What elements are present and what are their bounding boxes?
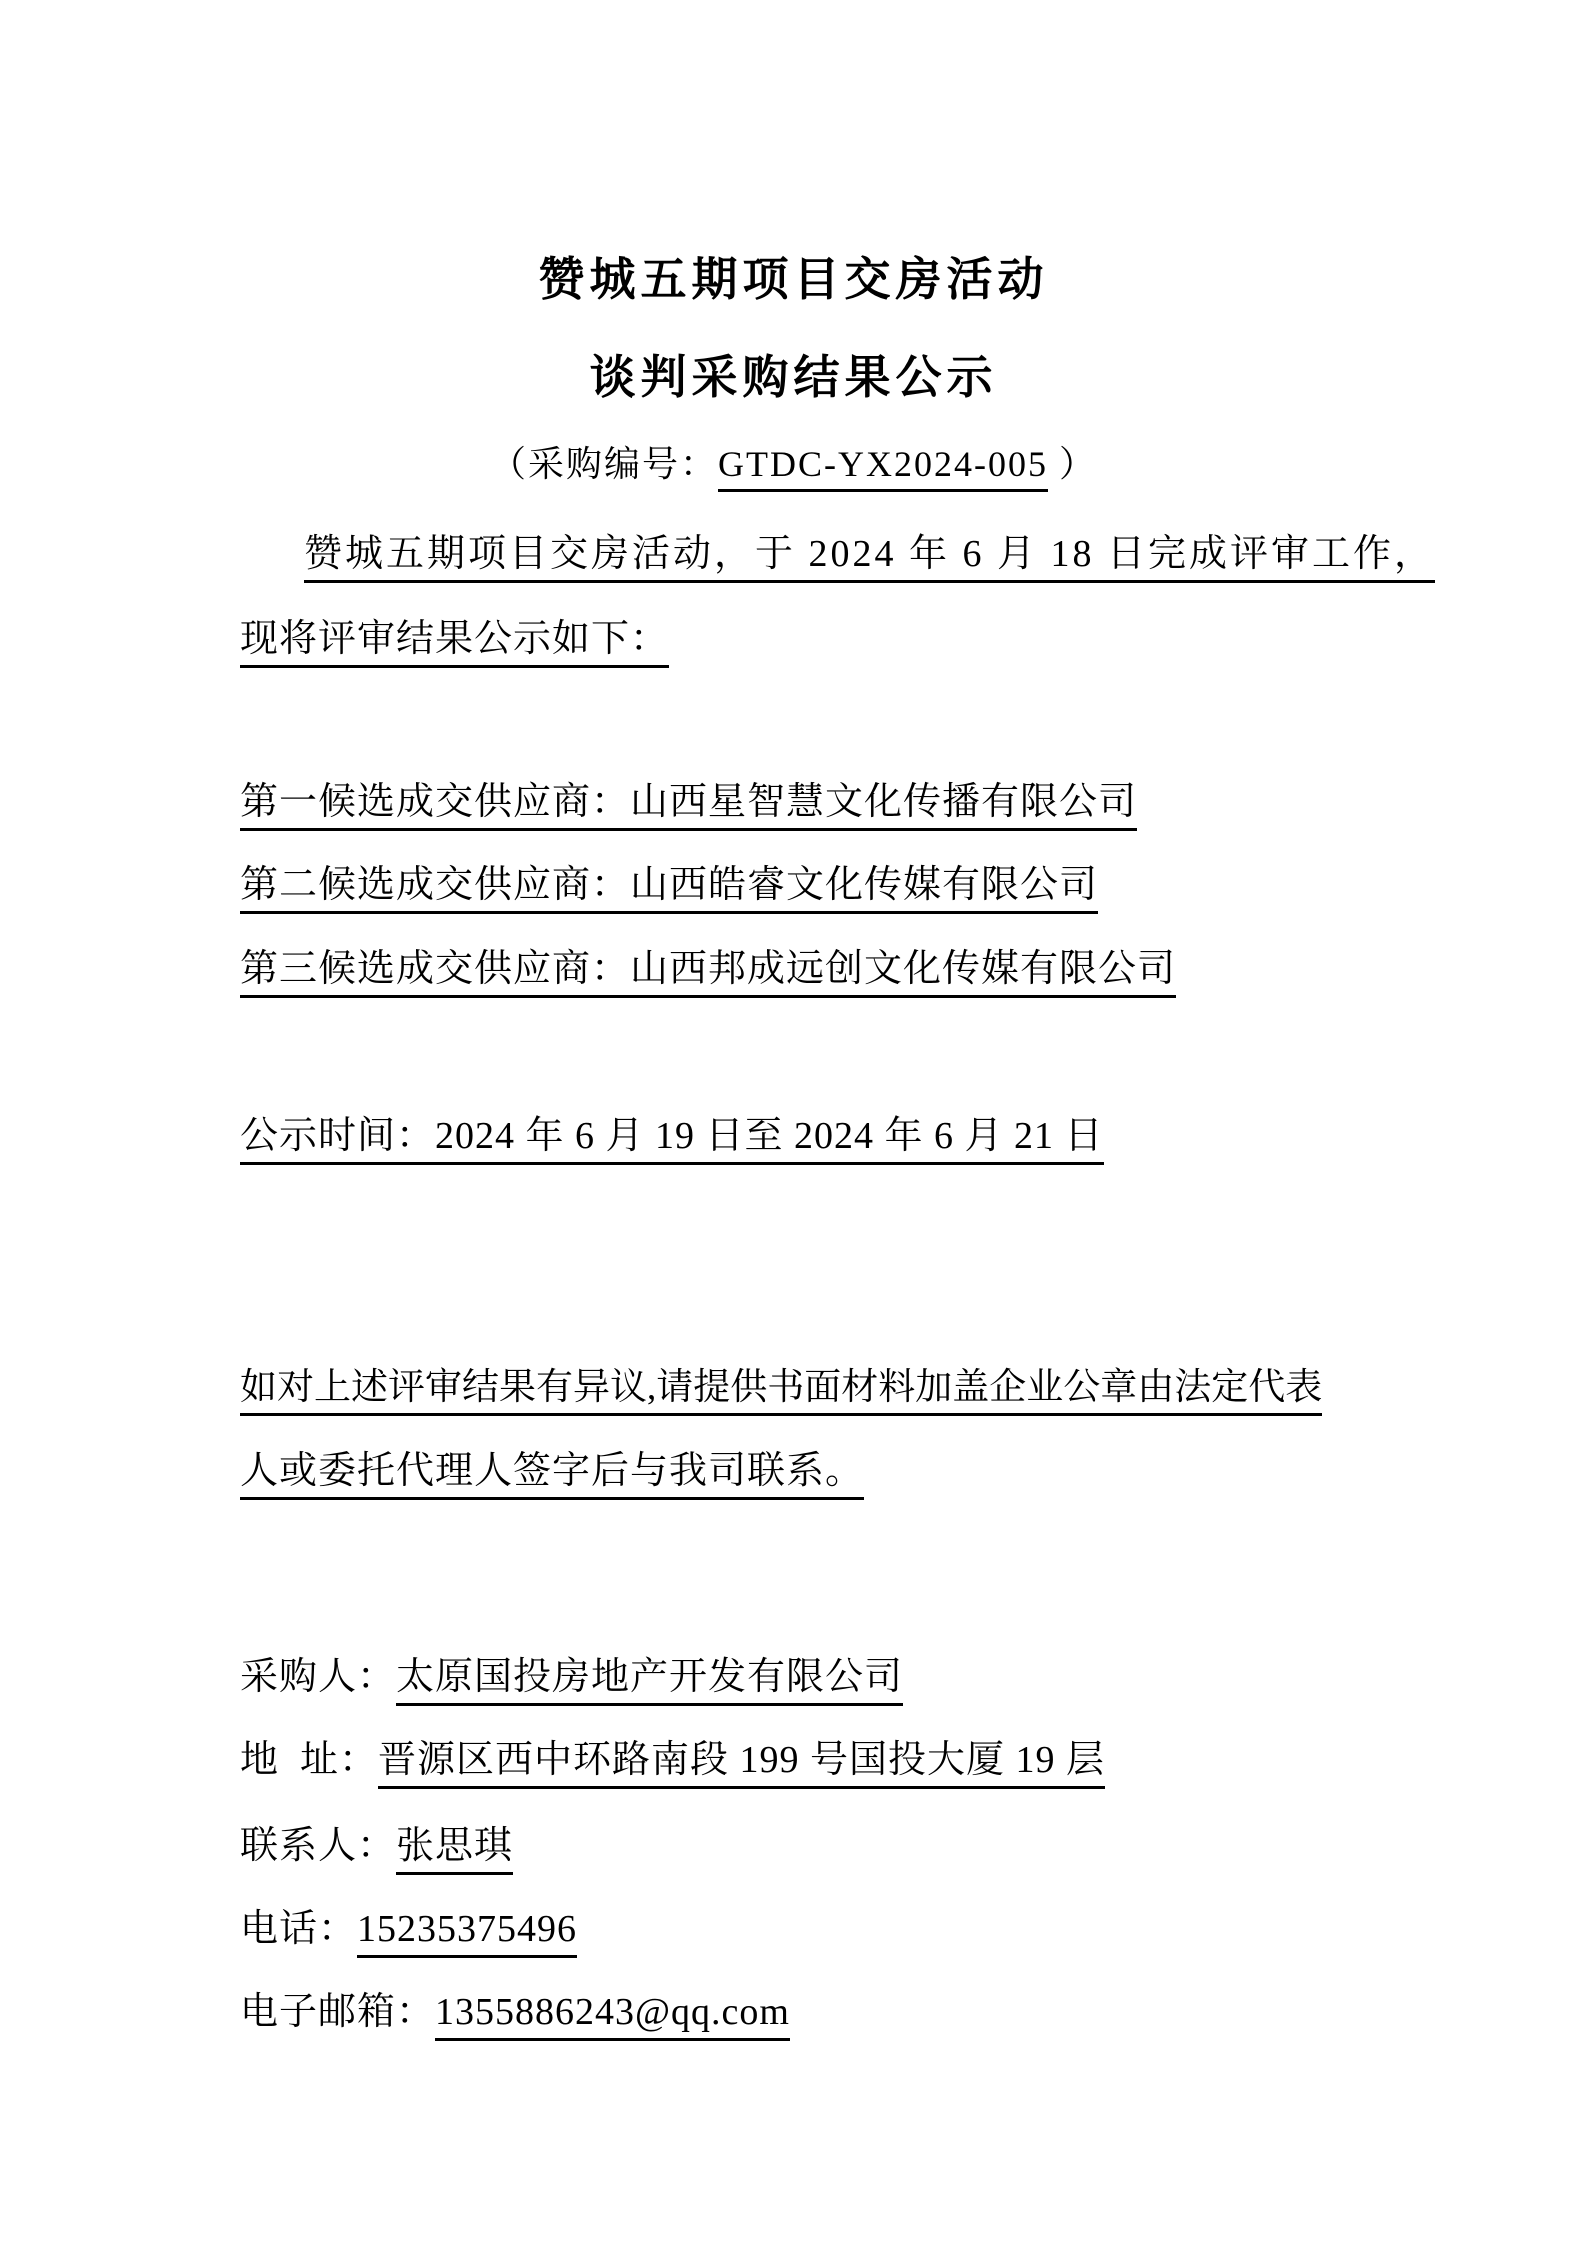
supplier-line-1: 第一候选成交供应商：山西星智慧文化传播有限公司 [240, 780, 1347, 826]
procurement-number-prefix: （采购编号： [490, 444, 718, 484]
phone-label: 电话： [240, 1908, 357, 1950]
phone-line: 电话：15235375496 [240, 1907, 1347, 1953]
supplier-1-label: 第一候选成交供应商： [240, 781, 630, 823]
supplier-3-name: 山西邦成远创文化传媒有限公司 [630, 948, 1176, 990]
intro-line1: 赞城五期项目交房活动，于 2024 年 6 月 18 日完成评审工作， [240, 532, 1347, 578]
phone-value: 15235375496 [357, 1908, 577, 1958]
purchaser-label: 采购人： [240, 1656, 396, 1698]
objection-line1: 如对上述评审结果有异议,请提供书面材料加盖企业公章由法定代表 [240, 1366, 1347, 1410]
publicity-period-line: 公示时间：2024 年 6 月 19 日至 2024 年 6 月 21 日 [240, 1114, 1347, 1160]
procurement-number: GTDC-YX2024-005 [718, 444, 1048, 492]
procurement-number-line: （采购编号：GTDC-YX2024-005 ） [0, 443, 1587, 486]
supplier-line-3: 第三候选成交供应商：山西邦成远创文化传媒有限公司 [240, 947, 1347, 993]
email-value: 1355886243@qq.com [435, 1991, 790, 2041]
objection-line2: 人或委托代理人签字后与我司联系。 [240, 1449, 1347, 1495]
supplier-3-label: 第三候选成交供应商： [240, 948, 630, 990]
email-label: 电子邮箱： [240, 1991, 435, 2033]
document-title-line1: 赞城五期项目交房活动 [0, 252, 1587, 307]
contact-person-label: 联系人： [240, 1825, 396, 1867]
document-page: 赞城五期项目交房活动 谈判采购结果公示 （采购编号：GTDC-YX2024-00… [0, 0, 1587, 2245]
address-value: 晋源区西中环路南段 199 号国投大厦 19 层 [378, 1739, 1105, 1789]
contact-person-value: 张思琪 [396, 1825, 513, 1875]
purchaser-line: 采购人：太原国投房地产开发有限公司 [240, 1655, 1347, 1701]
email-line: 电子邮箱：1355886243@qq.com [240, 1990, 1347, 2036]
document-title-line2: 谈判采购结果公示 [0, 350, 1587, 405]
address-line: 地 址：晋源区西中环路南段 199 号国投大厦 19 层 [240, 1738, 1347, 1784]
contact-person-line: 联系人：张思琪 [240, 1824, 1347, 1870]
supplier-1-name: 山西星智慧文化传播有限公司 [630, 781, 1137, 823]
intro-line2: 现将评审结果公示如下： [240, 617, 1347, 663]
procurement-number-suffix: ） [1048, 444, 1097, 484]
supplier-line-2: 第二候选成交供应商：山西皓睿文化传媒有限公司 [240, 863, 1347, 909]
address-label: 地 址： [240, 1739, 378, 1781]
purchaser-value: 太原国投房地产开发有限公司 [396, 1656, 903, 1706]
supplier-2-name: 山西皓睿文化传媒有限公司 [630, 864, 1098, 906]
supplier-2-label: 第二候选成交供应商： [240, 864, 630, 906]
